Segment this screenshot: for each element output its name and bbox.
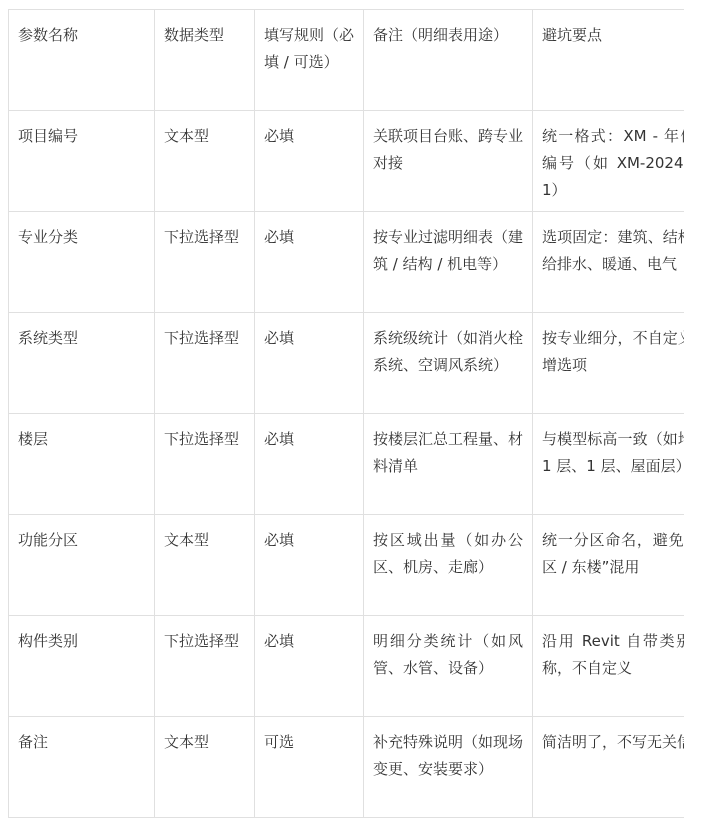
cell-note: 按区域出量（如办公区、机房、走廊） [364,515,533,616]
table-row: 功能分区 文本型 必填 按区域出量（如办公区、机房、走廊） 统一分区命名，避免“… [9,515,685,616]
header-pitfall-tips: 避坑要点 [533,10,685,111]
header-param-name: 参数名称 [9,10,155,111]
cell-fill-rule: 必填 [255,515,364,616]
cell-note: 关联项目台账、跨专业对接 [364,111,533,212]
cell-data-type: 下拉选择型 [155,414,255,515]
cell-param-name: 功能分区 [9,515,155,616]
cell-pitfall-tip: 简洁明了，不写无关信息 [533,717,685,818]
cell-data-type: 下拉选择型 [155,313,255,414]
header-data-type: 数据类型 [155,10,255,111]
table-header-row: 参数名称 数据类型 填写规则（必填 / 可选） 备注（明细表用途） 避坑要点 [9,10,685,111]
cell-data-type: 文本型 [155,515,255,616]
cell-note: 明细分类统计（如风管、水管、设备） [364,616,533,717]
cell-fill-rule: 可选 [255,717,364,818]
table-row: 项目编号 文本型 必填 关联项目台账、跨专业对接 统一格式：XM - 年份 - … [9,111,685,212]
cell-data-type: 文本型 [155,111,255,212]
cell-pitfall-tip: 统一格式：XM - 年份 - 编号（如 XM-2024-001） [533,111,685,212]
table-row: 楼层 下拉选择型 必填 按楼层汇总工程量、材料清单 与模型标高一致（如地下 1 … [9,414,685,515]
cell-data-type: 文本型 [155,717,255,818]
cell-fill-rule: 必填 [255,212,364,313]
cell-pitfall-tip: 沿用 Revit 自带类别名称，不自定义 [533,616,685,717]
table-row: 系统类型 下拉选择型 必填 系统级统计（如消火栓系统、空调风系统） 按专业细分，… [9,313,685,414]
cell-fill-rule: 必填 [255,111,364,212]
cell-pitfall-tip: 按专业细分，不自定义新增选项 [533,313,685,414]
cell-pitfall-tip: 选项固定：建筑、结构、给排水、暖通、电气 [533,212,685,313]
cell-fill-rule: 必填 [255,616,364,717]
parameter-table: 参数名称 数据类型 填写规则（必填 / 可选） 备注（明细表用途） 避坑要点 项… [8,9,684,818]
cell-param-name: 系统类型 [9,313,155,414]
cell-data-type: 下拉选择型 [155,212,255,313]
table-row: 备注 文本型 可选 补充特殊说明（如现场变更、安装要求） 简洁明了，不写无关信息 [9,717,685,818]
cell-note: 补充特殊说明（如现场变更、安装要求） [364,717,533,818]
cell-note: 按楼层汇总工程量、材料清单 [364,414,533,515]
cell-param-name: 构件类别 [9,616,155,717]
table-row: 构件类别 下拉选择型 必填 明细分类统计（如风管、水管、设备） 沿用 Revit… [9,616,685,717]
header-fill-rule: 填写规则（必填 / 可选） [255,10,364,111]
table-row: 专业分类 下拉选择型 必填 按专业过滤明细表（建筑 / 结构 / 机电等） 选项… [9,212,685,313]
cell-pitfall-tip: 统一分区命名，避免“东区 / 东楼”混用 [533,515,685,616]
table-viewport: 参数名称 数据类型 填写规则（必填 / 可选） 备注（明细表用途） 避坑要点 项… [8,9,684,819]
header-note: 备注（明细表用途） [364,10,533,111]
cell-param-name: 专业分类 [9,212,155,313]
cell-fill-rule: 必填 [255,313,364,414]
cell-param-name: 备注 [9,717,155,818]
cell-pitfall-tip: 与模型标高一致（如地下 1 层、1 层、屋面层） [533,414,685,515]
cell-param-name: 楼层 [9,414,155,515]
cell-note: 系统级统计（如消火栓系统、空调风系统） [364,313,533,414]
cell-fill-rule: 必填 [255,414,364,515]
cell-data-type: 下拉选择型 [155,616,255,717]
cell-note: 按专业过滤明细表（建筑 / 结构 / 机电等） [364,212,533,313]
cell-param-name: 项目编号 [9,111,155,212]
